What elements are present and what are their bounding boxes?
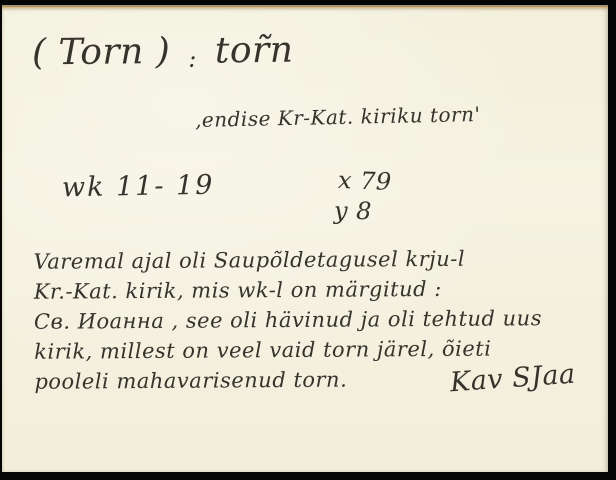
card-title-row: ( Torn ) : tor̃n [32, 30, 294, 75]
map-reference: wk 11- 19 [62, 170, 215, 204]
index-card: ( Torn ) : tor̃n ‚endise Kr-Kat. kiriku … [2, 5, 608, 472]
coordinate-x: x 79 [338, 166, 393, 196]
coordinate-y: y 8 [334, 197, 372, 226]
body-line: Св. Иоанна , see oli hävinud ja oli teht… [34, 303, 542, 337]
title-headword: tor̃n [215, 30, 294, 72]
body-line: kirik, millest on veel vaid torn järel, … [34, 333, 542, 367]
scanned-image-background: ( Torn ) : tor̃n ‚endise Kr-Kat. kiriku … [0, 0, 616, 480]
card-subtitle: ‚endise Kr-Kat. kiriku torn' [195, 102, 481, 132]
body-line: Varemal ajal oli Saupõldetagusel krju-l [33, 243, 541, 277]
title-parenthetical: ( Torn ) [32, 31, 171, 73]
body-line: Kr.-Kat. kirik, mis wk-l on märgitud : [34, 273, 542, 307]
title-separator: : [188, 31, 197, 73]
